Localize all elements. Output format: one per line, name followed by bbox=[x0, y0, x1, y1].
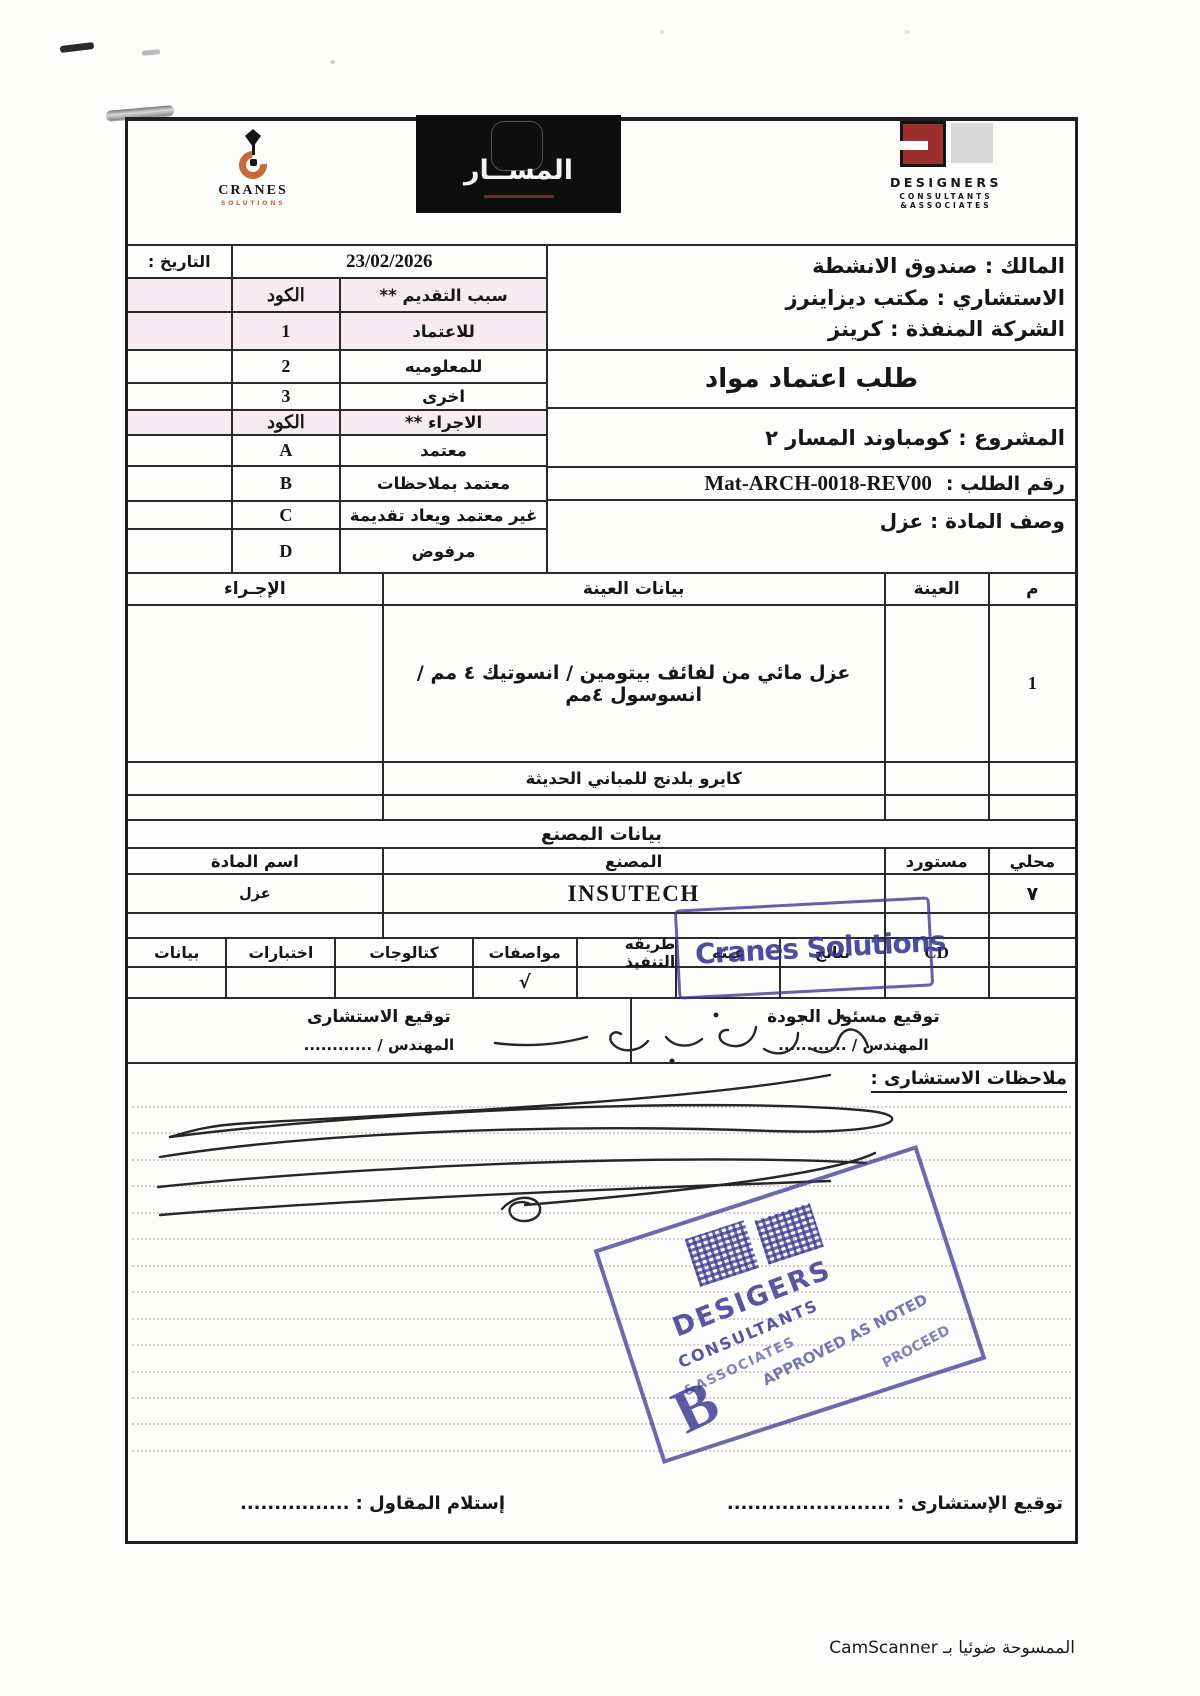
col-number: م bbox=[990, 574, 1075, 604]
local-check: ٧ bbox=[990, 875, 1075, 912]
col-sample-data: بيانات العينة bbox=[384, 574, 886, 604]
reason-label: للمعلوميه bbox=[341, 351, 546, 382]
col-sample: العينة bbox=[886, 574, 990, 604]
form-title: طلب اعتماد مواد bbox=[548, 351, 1075, 409]
reason-code-header: الكود bbox=[233, 279, 342, 311]
action-label: مرفوض bbox=[341, 530, 546, 572]
reason-header-row: الكود سبب التقديم ** bbox=[128, 279, 546, 313]
designers-logo-line2: CONSULTANTS bbox=[884, 192, 1008, 201]
action-row: D مرفوض bbox=[128, 530, 546, 574]
date-label: التاريخ : bbox=[128, 246, 233, 277]
form-header: CRANES SOLUTIONS المســار DESIGNERS CONS… bbox=[128, 121, 1075, 244]
col-specs: مواصفات bbox=[474, 939, 578, 966]
col-imported: مستورد bbox=[886, 849, 990, 873]
col-tests: اختبارات bbox=[227, 939, 336, 966]
cranes-stamp-text: Cranes Solutions bbox=[694, 924, 946, 970]
specs-check: √ bbox=[474, 968, 578, 997]
reason-header: سبب التقديم ** bbox=[341, 279, 546, 311]
codes-panel: التاريخ : 23/02/2026 الكود سبب التقديم *… bbox=[128, 246, 548, 574]
cranes-stamp-hook-icon bbox=[685, 922, 688, 986]
reason-label: للاعتماد bbox=[341, 313, 546, 349]
action-row: B معتمد بملاحظات bbox=[128, 467, 546, 502]
project-info-panel: المالك : صندوق الانشطة الاستشاري : مكتب … bbox=[548, 246, 1075, 574]
masar-logo-name: المســار bbox=[416, 155, 621, 186]
sample-data: كايرو بلدنج للمباني الحديثة bbox=[384, 763, 886, 794]
camscanner-footer: الممسوحة ضوئيا بـ CamScanner bbox=[829, 1638, 1075, 1658]
col-method: طريقه التنفيذ bbox=[578, 939, 677, 966]
cranes-logo-subtitle: SOLUTIONS bbox=[198, 199, 308, 207]
manufacturer-row: عزل INSUTECH ٧ bbox=[128, 875, 1075, 914]
designers-logo-name: DESIGNERS bbox=[884, 175, 1008, 190]
scanned-document-page: CRANES SOLUTIONS المســار DESIGNERS CONS… bbox=[0, 0, 1200, 1696]
col-local: محلي bbox=[990, 849, 1075, 873]
consultant-line: الاستشاري : مكتب ديزاينرز bbox=[785, 286, 1065, 310]
manufacturer-section-title: بيانات المصنع bbox=[128, 821, 1075, 849]
sample-table-header: الإجـراء بيانات العينة العينة م bbox=[128, 574, 1075, 606]
action-code: B bbox=[233, 467, 342, 500]
scan-smudge bbox=[142, 49, 160, 56]
cranes-logo-name: CRANES bbox=[198, 183, 308, 199]
staple-mark bbox=[60, 42, 95, 53]
action-code: A bbox=[233, 436, 342, 465]
action-row: A معتمد bbox=[128, 436, 546, 467]
reason-row: 1 للاعتماد bbox=[128, 313, 546, 351]
request-number-row: رقم الطلب : Mat-ARCH-0018-REV00 bbox=[548, 468, 1075, 501]
cranes-solutions-stamp: Cranes Solutions bbox=[674, 896, 934, 999]
consultant-sign-line: توقيع الإستشارى : ......................… bbox=[727, 1493, 1063, 1514]
scan-speck bbox=[330, 60, 335, 64]
owner-line: المالك : صندوق الانشطة bbox=[812, 254, 1065, 278]
date-row: التاريخ : 23/02/2026 bbox=[128, 246, 546, 279]
designers-emblem-icon bbox=[884, 121, 1008, 167]
action-label: معتمد bbox=[341, 436, 546, 465]
masar-logo: المســار bbox=[416, 115, 621, 213]
action-code: C bbox=[233, 502, 342, 528]
reason-code: 3 bbox=[233, 384, 342, 409]
reason-code: 1 bbox=[233, 313, 342, 349]
stamp-proceed: PROCEED bbox=[880, 1323, 953, 1372]
material-name: عزل bbox=[128, 875, 384, 912]
masar-logo-caption bbox=[484, 195, 554, 198]
request-number-label: رقم الطلب : bbox=[946, 473, 1065, 495]
parties-block: المالك : صندوق الانشطة الاستشاري : مكتب … bbox=[548, 246, 1075, 351]
action-label: معتمد بملاحظات bbox=[341, 467, 546, 500]
sample-data: عزل مائي من لفائف بيتومين / انسوتيك ٤ مم… bbox=[384, 606, 886, 761]
material-description: وصف المادة : عزل bbox=[548, 501, 1075, 574]
reason-code: 2 bbox=[233, 351, 342, 382]
sample-row: عزل مائي من لفائف بيتومين / انسوتيك ٤ مم… bbox=[128, 606, 1075, 763]
designers-logo: DESIGNERS CONSULTANTS &ASSOCIATES bbox=[884, 121, 1008, 210]
reason-row: 3 اخرى bbox=[128, 384, 546, 411]
request-number-value: Mat-ARCH-0018-REV00 bbox=[704, 471, 931, 496]
project-line: المشروع : كومباوند المسار ٢ bbox=[548, 409, 1075, 468]
col-action: الإجـراء bbox=[128, 574, 384, 604]
contractor-receive-line: إستلام المقاول : ................ bbox=[240, 1493, 505, 1514]
designers-logo-line3: &ASSOCIATES bbox=[884, 201, 1008, 210]
action-row: C غير معتمد ويعاد تقديمة bbox=[128, 502, 546, 530]
action-header-row: الكود الاجراء ** bbox=[128, 411, 546, 436]
sample-row-empty bbox=[128, 796, 1075, 821]
sample-row: كايرو بلدنج للمباني الحديثة bbox=[128, 763, 1075, 796]
col-material-name: اسم المادة bbox=[128, 849, 384, 873]
cranes-logo: CRANES SOLUTIONS bbox=[198, 129, 308, 207]
col-factory: المصنع bbox=[384, 849, 886, 873]
manufacturer-header: اسم المادة المصنع مستورد محلي bbox=[128, 849, 1075, 875]
bottom-signature-row: إستلام المقاول : ................ توقيع … bbox=[128, 1466, 1075, 1541]
action-header: الاجراء ** bbox=[341, 411, 546, 434]
reason-row: 2 للمعلوميه bbox=[128, 351, 546, 384]
col-data: بيانات bbox=[128, 939, 227, 966]
action-code: D bbox=[233, 530, 342, 572]
sample-number: 1 bbox=[990, 606, 1075, 761]
date-value: 23/02/2026 bbox=[233, 246, 547, 277]
col-catalogs: كتالوجات bbox=[336, 939, 473, 966]
scan-speck bbox=[660, 30, 664, 34]
contractor-line: الشركة المنفذة : كرينز bbox=[828, 317, 1065, 341]
action-code-header: الكود bbox=[233, 411, 342, 434]
crane-hook-icon bbox=[235, 129, 271, 181]
action-label: غير معتمد ويعاد تقديمة bbox=[341, 502, 546, 528]
scan-speck bbox=[905, 30, 910, 34]
reason-label: اخرى bbox=[341, 384, 546, 409]
top-section: التاريخ : 23/02/2026 الكود سبب التقديم *… bbox=[128, 244, 1075, 574]
